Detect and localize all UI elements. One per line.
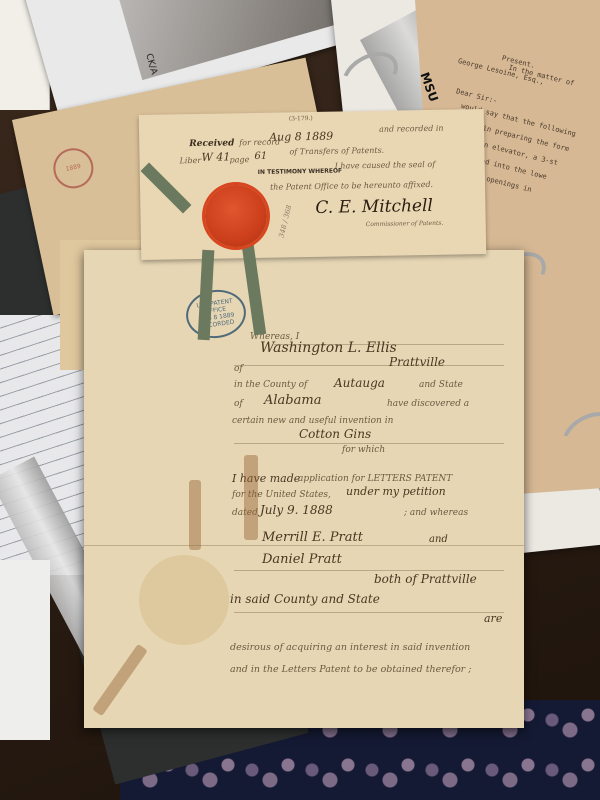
- assignee-1: Merrill E. Pratt: [262, 530, 363, 545]
- form-number: (3-179.): [289, 115, 313, 122]
- faded-seal-mark: [139, 555, 229, 645]
- recorded-text: and recorded in: [379, 124, 444, 134]
- invention-intro: certain new and useful invention in: [232, 416, 393, 426]
- testimony-caps: IN TESTIMONY WHEREOF: [258, 167, 342, 175]
- received-date: Aug 8 1889: [269, 130, 333, 144]
- transfers-text: of Transfers of Patents.: [289, 146, 384, 157]
- state-label: and State: [419, 380, 463, 390]
- testimony-text-2: the Patent Office to be hereunto affixed…: [270, 180, 433, 192]
- liber-label: Liber: [179, 156, 201, 165]
- inventor-city: Prattville: [389, 355, 445, 369]
- county-label: in the County of: [234, 380, 307, 390]
- inventor-state: Alabama: [264, 393, 321, 408]
- liber-value: W 41: [201, 150, 230, 164]
- application-text: application for LETTERS PATENT: [298, 474, 452, 484]
- desirous-text: desirous of acquiring an interest in sai…: [230, 642, 470, 653]
- fold-line: [84, 545, 524, 546]
- tape-stain: [92, 644, 148, 716]
- assignee-2: Daniel Pratt: [262, 552, 342, 567]
- patent-office-stamp: U.S. PATENT OFFICE AUG 8 1889 RECORDED: [183, 286, 249, 342]
- recording-certificate: (3-179.) Received for record Aug 8 1889 …: [139, 109, 486, 260]
- of2-label: of: [234, 399, 243, 409]
- inventor-county: Autauga: [334, 376, 385, 390]
- rule-line: [234, 570, 504, 571]
- both-of-text: both of Prattville: [374, 572, 477, 586]
- testimony-text: I have caused the seal of: [335, 160, 436, 171]
- of-label: of: [234, 364, 243, 374]
- rule-line: [234, 443, 504, 444]
- patent-assignment-document: U.S. PATENT OFFICE AUG 8 1889 RECORDED W…: [84, 250, 524, 728]
- petition-text: under my petition: [346, 485, 446, 498]
- and-text: and: [429, 534, 448, 545]
- invention-name: Cotton Gins: [299, 427, 371, 441]
- tape-stain: [189, 480, 201, 550]
- page-value: 61: [254, 151, 267, 162]
- tape-stain: [244, 455, 258, 540]
- rule-line: [234, 612, 504, 613]
- applied-text: I have made: [232, 472, 300, 485]
- red-wax-seal: [205, 185, 267, 247]
- red-stamp: 1889: [50, 145, 97, 192]
- and-whereas-text: ; and whereas: [404, 508, 468, 518]
- are-text: are: [484, 612, 502, 625]
- white-sheet: [0, 560, 50, 740]
- discovered-text: have discovered a: [387, 399, 469, 409]
- for-which-text: for which: [342, 445, 385, 455]
- margin-note: 348 / 368: [277, 204, 293, 238]
- commissioner-signature: C. E. Mitchell: [315, 196, 433, 218]
- county-state-text: in said County and State: [230, 592, 380, 606]
- commissioner-title: Commissioner of Patents.: [366, 220, 444, 228]
- page-label: page: [229, 155, 249, 164]
- received-label: Received: [189, 138, 234, 149]
- rule-line: [234, 365, 504, 366]
- letters-patent-text: and in the Letters Patent to be obtained…: [230, 664, 471, 675]
- petition-date: July 9. 1888: [260, 503, 333, 517]
- inventor-name: Washington L. Ellis: [260, 340, 397, 356]
